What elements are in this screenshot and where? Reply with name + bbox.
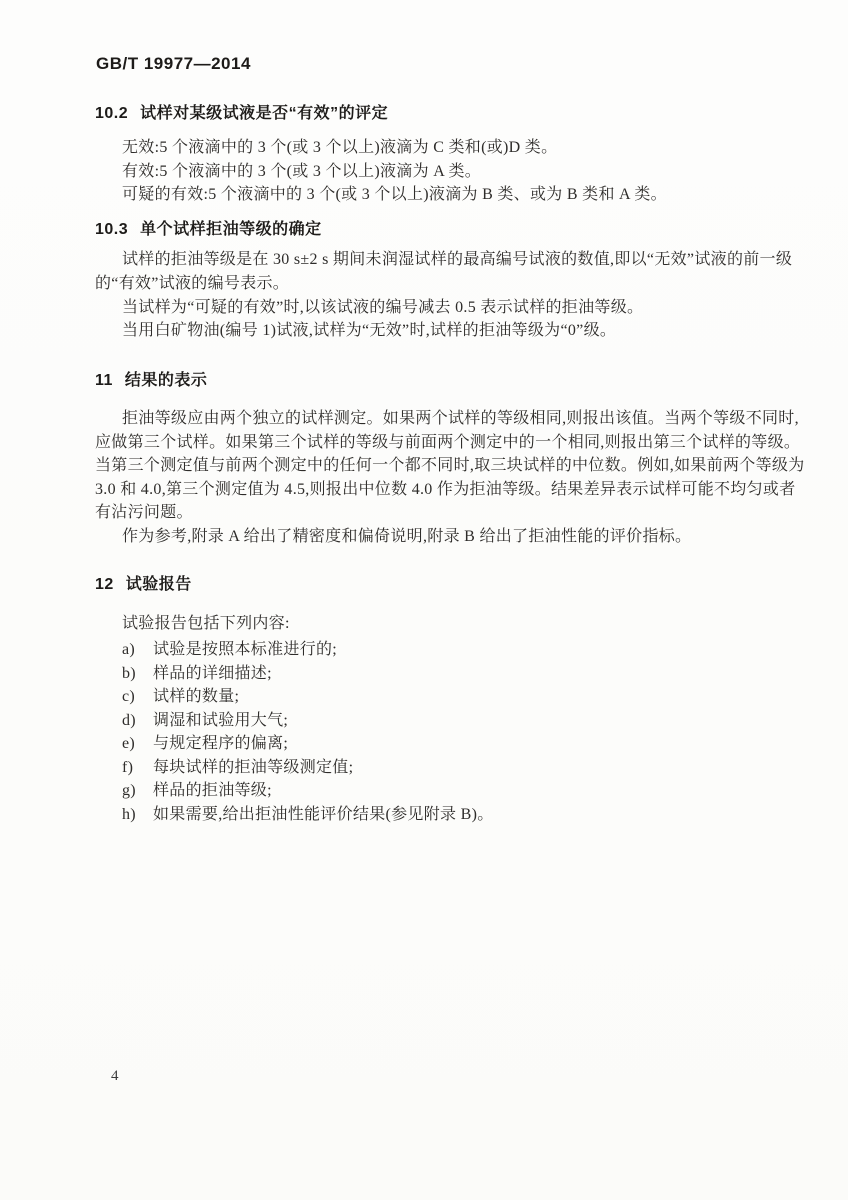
section-number: 10.2: [95, 105, 128, 122]
paragraph-line: 无效:5 个液滴中的 3 个(或 3 个以上)液滴为 C 类和(或)D 类。: [122, 140, 557, 156]
list-intro-line: 试验报告包括下列内容:: [122, 616, 290, 632]
list-item-label: d): [122, 713, 153, 729]
list-item-label: c): [122, 689, 153, 705]
list-item-text: 试验是按照本标准进行的;: [153, 642, 337, 658]
page-number: 4: [111, 1068, 119, 1085]
paragraph-line: 可疑的有效:5 个液滴中的 3 个(或 3 个以上)液滴为 B 类、或为 B 类…: [122, 187, 667, 203]
section-title: 试样对某级试液是否“有效”的评定: [140, 105, 388, 122]
list-item: b)样品的详细描述;: [122, 666, 272, 682]
section-heading-10-3: 10.3单个试样拒油等级的确定: [95, 216, 322, 239]
list-item: h)如果需要,给出拒油性能评价结果(参见附录 B)。: [122, 807, 494, 823]
list-item-text: 每块试样的拒油等级测定值;: [153, 760, 353, 776]
paragraph-line: 拒油等级应由两个独立的试样测定。如果两个试样的等级相同,则报出该值。当两个等级不…: [122, 411, 799, 427]
paragraph-line: 当试样为“可疑的有效”时,以该试液的编号减去 0.5 表示试样的拒油等级。: [122, 300, 643, 316]
paragraph-line: 3.0 和 4.0,第三个测定值为 4.5,则报出中位数 4.0 作为拒油等级。…: [95, 482, 796, 498]
paragraph-line: 作为参考,附录 A 给出了精密度和偏倚说明,附录 B 给出了拒油性能的评价指标。: [122, 529, 691, 545]
section-heading-10-2: 10.2试样对某级试液是否“有效”的评定: [95, 100, 388, 123]
paragraph-line: 当用白矿物油(编号 1)试液,试样为“无效”时,试样的拒油等级为“0”级。: [122, 323, 616, 339]
list-item-label: f): [122, 760, 153, 776]
section-number: 12: [95, 576, 114, 593]
section-title: 试验报告: [126, 576, 192, 593]
paragraph-line: 当第三个测定值与前两个测定中的任何一个都不同时,取三块试样的中位数。例如,如果前…: [95, 458, 805, 474]
list-item-label: e): [122, 736, 153, 752]
document-page: GB/T 19977—2014 10.2试样对某级试液是否“有效”的评定 无效:…: [0, 0, 848, 1200]
list-item: f)每块试样的拒油等级测定值;: [122, 760, 353, 776]
list-item-text: 试样的数量;: [153, 689, 239, 705]
list-item-text: 调湿和试验用大气;: [153, 713, 288, 729]
paragraph-line: 应做第三个试样。如果第三个试样的等级与前面两个测定中的一个相同,则报出第三个试样…: [95, 435, 800, 451]
paragraph-line: 的“有效”试液的编号表示。: [95, 276, 289, 292]
list-item-label: a): [122, 642, 153, 658]
paragraph-line: 有效:5 个液滴中的 3 个(或 3 个以上)液滴为 A 类。: [122, 164, 481, 180]
list-item-text: 与规定程序的偏离;: [153, 736, 288, 752]
list-item-label: b): [122, 666, 153, 682]
section-number: 10.3: [95, 221, 128, 238]
list-item: d)调湿和试验用大气;: [122, 713, 288, 729]
list-item: g)样品的拒油等级;: [122, 783, 272, 799]
section-title: 结果的表示: [125, 372, 208, 389]
list-item-text: 样品的详细描述;: [153, 666, 272, 682]
section-number: 11: [95, 372, 113, 389]
standard-code-header: GB/T 19977—2014: [96, 54, 251, 74]
list-item-label: g): [122, 783, 153, 799]
list-item: a)试验是按照本标准进行的;: [122, 642, 337, 658]
list-item-label: h): [122, 807, 153, 823]
paragraph-line: 有沾污问题。: [95, 505, 193, 521]
section-heading-12: 12试验报告: [95, 571, 192, 594]
list-item: e)与规定程序的偏离;: [122, 736, 288, 752]
list-item-text: 如果需要,给出拒油性能评价结果(参见附录 B)。: [153, 807, 494, 823]
list-item: c)试样的数量;: [122, 689, 239, 705]
section-heading-11: 11结果的表示: [95, 367, 207, 390]
list-item-text: 样品的拒油等级;: [153, 783, 272, 799]
paragraph-line: 试样的拒油等级是在 30 s±2 s 期间未润湿试样的最高编号试液的数值,即以“…: [122, 252, 792, 268]
section-title: 单个试样拒油等级的确定: [140, 221, 322, 238]
